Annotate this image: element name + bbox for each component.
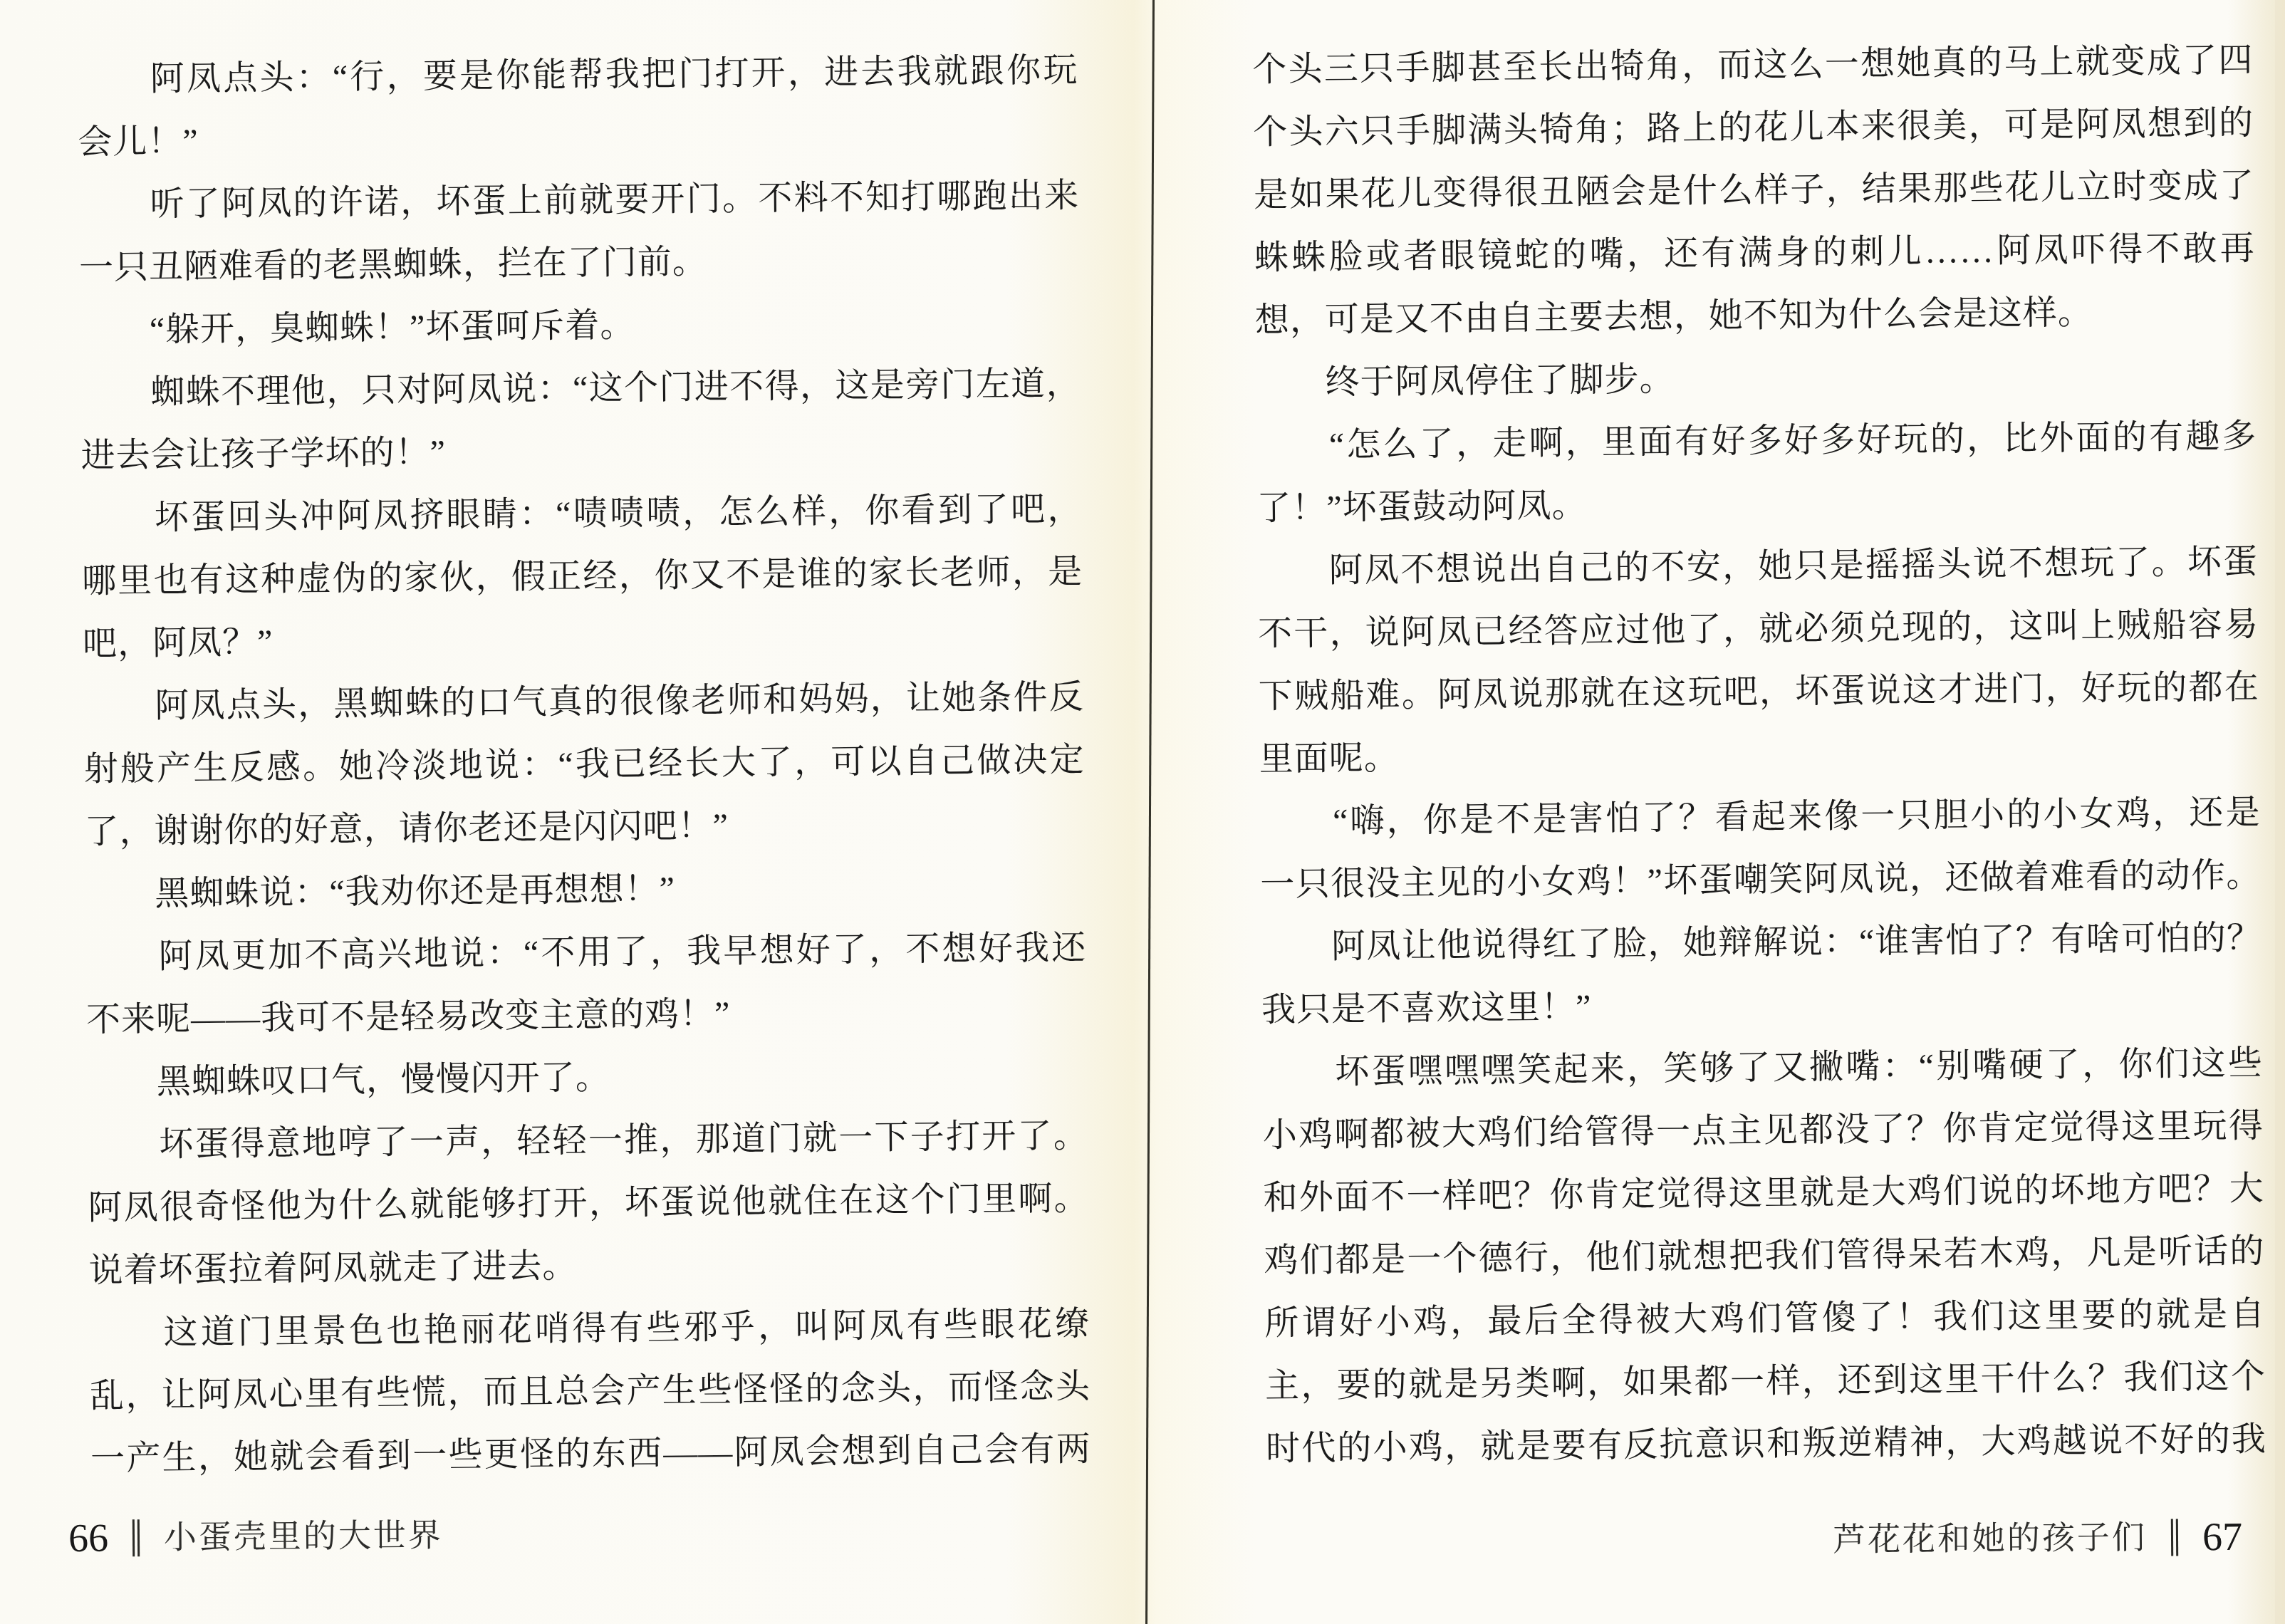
text-line: 这道门里景色也艳丽花哨得有些邪乎，叫阿凤有些眼花缭 — [89, 1293, 1091, 1365]
text-line: 蛛蛛脸或者眼镜蛇的嘴，还有满身的刺儿……阿凤吓得不敢再 — [1254, 217, 2256, 289]
text-line: 阿凤点头，黑蜘蛛的口气真的很像老师和妈妈，让她条件反 — [83, 666, 1084, 738]
page-gutter-line — [1145, 0, 1155, 1624]
text-line: 阿凤不想说出自己的不安，她只是摇摇头说不想玩了。坏蛋 — [1257, 531, 2259, 603]
text-line: 一只很没主见的小女鸡！”坏蛋嘲笑阿凤说，还做着难看的动作。 — [1260, 844, 2261, 916]
text-line: “嗨，你是不是害怕了？看起来像一只胆小的小女鸡，还是 — [1259, 781, 2261, 853]
text-line: 吧，阿凤？” — [83, 603, 1084, 675]
text-line: 阿凤点头：“行，要是你能帮我把门打开，进去我就跟你玩 — [77, 39, 1078, 111]
text-line: 不来呢——我可不是轻易改变主意的鸡！” — [86, 979, 1088, 1051]
text-line: 个头三只手脚甚至长出犄角，而这么一想她真的马上就变成了四 — [1252, 29, 2254, 101]
text-line: 小鸡啊都被大鸡们给管得一点主见都没了？你肯定觉得这里玩得 — [1262, 1095, 2264, 1167]
text-line: 说着坏蛋拉着阿凤就走了进去。 — [88, 1230, 1090, 1302]
text-line: “躲开，臭蜘蛛！”坏蛋呵斥着。 — [79, 290, 1081, 362]
text-line: 想，可是又不由自主要去想，她不知为什么会是这样。 — [1254, 280, 2256, 352]
text-line: 了！”坏蛋鼓动阿凤。 — [1256, 468, 2258, 540]
text-line: “怎么了，走啊，里面有好多好多好玩的，比外面的有趣多 — [1256, 405, 2257, 477]
text-line: 时代的小鸡，就是要有反抗意识和叛逆精神，大鸡越说不好的我 — [1266, 1408, 2267, 1480]
text-line: 主，要的就是另类啊，如果都一样，还到这里干什么？我们这个 — [1265, 1345, 2266, 1417]
text-line: 哪里也有这种虚伪的家伙，假正经，你又不是谁的家长老师，是 — [82, 541, 1083, 613]
left-page-text: 阿凤点头：“行，要是你能帮我把门打开，进去我就跟你玩会儿！” 听了阿凤的许诺，坏… — [77, 39, 1091, 1490]
text-line: 黑蜘蛛说：“我劝你还是再想想！” — [85, 854, 1086, 926]
text-line: 阿凤让他说得红了脸，她辩解说：“谁害怕了？有啥可怕的？ — [1261, 907, 2262, 979]
text-line: 一只丑陋难看的老黑蜘蛛，拦在了门前。 — [79, 227, 1081, 299]
text-line: 是如果花儿变得很丑陋会是什么样子，结果那些花儿立时变成了 — [1254, 155, 2255, 227]
text-line: 乱，让阿凤心里有些慌，而且总会产生些怪怪的念头，而怪念头 — [90, 1355, 1091, 1427]
text-line: 下贼船难。阿凤说那就在这玩吧，坏蛋说这才进门，好玩的都在 — [1258, 656, 2259, 728]
text-line: 阿凤更加不高兴地说：“不用了，我早想好了，不想好我还 — [85, 917, 1087, 989]
text-line: 射般产生反感。她冷淡地说：“我已经长大了，可以自己做决定 — [83, 729, 1085, 801]
text-line: 我只是不喜欢这里！” — [1261, 969, 2263, 1041]
text-line: 不干，说阿凤已经答应过他了，就必须兑现的，这叫上贼船容易 — [1258, 593, 2259, 665]
text-line: 所谓好小鸡，最后全得被大鸡们管傻了！我们这里要的就是自 — [1264, 1283, 2266, 1355]
text-line: 阿凤很奇怪他为什么就能够打开，坏蛋说他就住在这个门里啊。 — [88, 1167, 1089, 1239]
right-page-footer: 芦花花和她的孩子们 67 — [1833, 1509, 2243, 1569]
text-line: 进去会让孩子学坏的！” — [80, 415, 1082, 487]
text-line: 坏蛋得意地哼了一声，轻轻一推，那道门就一下子打开了。 — [87, 1105, 1088, 1177]
left-page-footer: 66 小蛋壳里的大世界 — [68, 1507, 444, 1567]
right-page-text: 个头三只手脚甚至长出犄角，而这么一想她真的马上就变成了四个头六只手脚满头犄角；路… — [1252, 29, 2266, 1480]
footer-divider-icon — [2171, 1519, 2178, 1556]
text-line: 坏蛋嘿嘿嘿笑起来，笑够了又撇嘴：“别嘴硬了，你们这些 — [1262, 1032, 2264, 1104]
page-left: 阿凤点头：“行，要是你能帮我把门打开，进去我就跟你玩会儿！” 听了阿凤的许诺，坏… — [0, 0, 1140, 1624]
text-line: 了，谢谢你的好意，请你老还是闪闪吧！” — [84, 791, 1086, 863]
text-line: 终于阿凤停住了脚步。 — [1255, 343, 2257, 415]
page-edge-shading — [2275, 0, 2285, 1624]
text-line: 个头六只手脚满头犄角；路上的花儿本来很美，可是阿凤想到的 — [1253, 92, 2254, 164]
footer-divider-icon — [132, 1519, 140, 1556]
text-line: 坏蛋回头冲阿凤挤眼睛：“啧啧啧，怎么样，你看到了吧， — [81, 478, 1083, 550]
text-line: 蜘蛛不理他，只对阿凤说：“这个门进不得，这是旁门左道， — [80, 353, 1081, 425]
right-page-number: 67 — [2202, 1509, 2243, 1566]
right-running-title: 芦花花和她的孩子们 — [1833, 1509, 2148, 1568]
text-line: 一产生，她就会看到一些更怪的东西——阿凤会想到自己会有两 — [90, 1418, 1092, 1490]
left-page-number: 66 — [68, 1510, 109, 1567]
text-line: 鸡们都是一个德行，他们就想把我们管得呆若木鸡，凡是听话的 — [1264, 1220, 2265, 1292]
left-running-title: 小蛋壳里的大世界 — [164, 1507, 444, 1566]
text-line: 和外面不一样吧？你肯定觉得这里就是大鸡们说的坏地方吧？大 — [1263, 1157, 2264, 1229]
book-spread: 阿凤点头：“行，要是你能帮我把门打开，进去我就跟你玩会儿！” 听了阿凤的许诺，坏… — [0, 0, 2285, 1624]
text-line: 会儿！” — [78, 102, 1079, 174]
page-right: 个头三只手脚甚至长出犄角，而这么一想她真的马上就变成了四个头六只手脚满头犄角；路… — [1168, 0, 2285, 1624]
text-line: 里面呢。 — [1259, 719, 2260, 791]
text-line: 听了阿凤的许诺，坏蛋上前就要开门。不料不知打哪跑出来 — [78, 165, 1080, 236]
text-line: 黑蜘蛛叹口气，慢慢闪开了。 — [87, 1042, 1088, 1114]
